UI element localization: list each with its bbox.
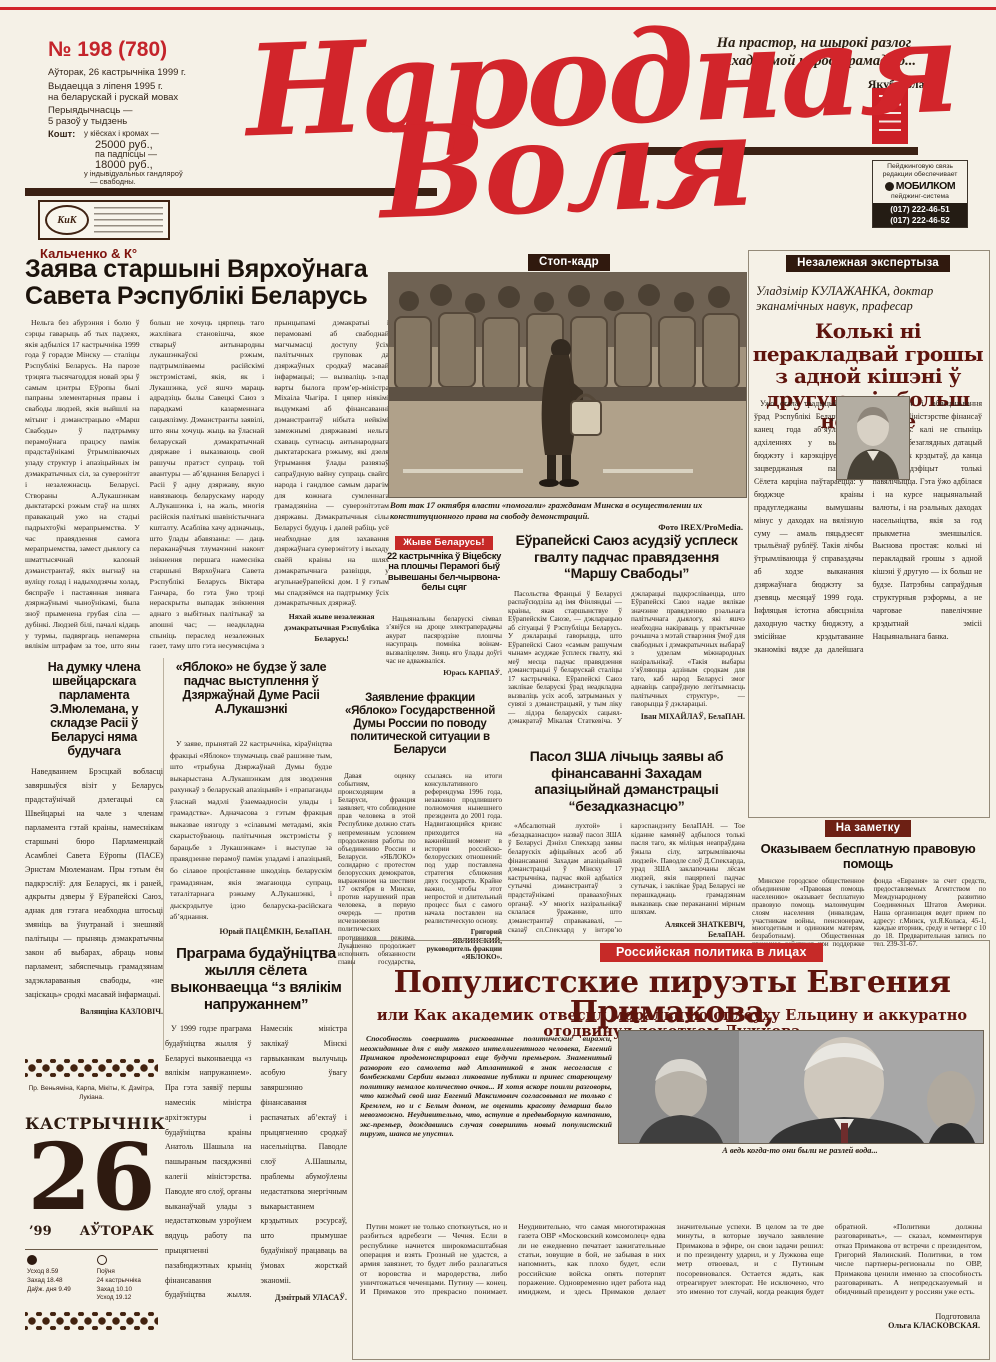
ornament-band-bottom (25, 1311, 158, 1331)
sun-icon (27, 1255, 37, 1265)
sunrise: Усход 8.59 (27, 1268, 87, 1277)
pager-ad-phone-1: (017) 222-46-51 (873, 204, 967, 215)
newspaper-front-page: № 198 (780) Аўторак, 26 кастрычніка 1999… (0, 0, 996, 1362)
housing-body: У 1999 годзе праграма будаўніцтва жылля … (165, 1022, 347, 1306)
pager-ad-line-2: редакции обеспечивает (873, 171, 967, 179)
housing-text: У 1999 годзе праграма будаўніцтва жылля … (165, 1024, 347, 1299)
eu-text: Пасольства Францыі ў Беларусі распаўсюдз… (508, 590, 745, 725)
usa-text: «Абсалютнай лухтой» і «безадказнасцю» на… (508, 822, 745, 934)
statement-text: Нельга без абурэння і болю ў сэрцы гавар… (25, 318, 389, 650)
muleman-title: На думку члена швейцарскага парламента Э… (25, 660, 163, 758)
legal-label: На заметку (825, 820, 911, 837)
yabloko-hall-text: У заяве, прынятай 22 кастрычніка, кіраўн… (170, 739, 332, 921)
logo-fine-print (94, 207, 163, 233)
yabloko-hall-byline: Юрый ПАЦЁМКІН, БелаПАН. (170, 926, 332, 938)
calendar: Пр. Веньяміна, Карпа, Мікіты, К. Дзмітра… (25, 1058, 158, 1331)
stopkadr-photo (388, 272, 747, 498)
primakov-body: Путин может не только споткнуться, но и … (360, 1222, 982, 1297)
expert-label: Незалежная экспертыза (786, 255, 950, 272)
zhyve-body: Нацыянальны беларускі сімвал з’явіўся на… (386, 615, 502, 678)
ornament-band-top (25, 1058, 158, 1078)
housing-byline: Дзмітрый УЛАСАЎ. (261, 1291, 348, 1306)
primakov-label-wrap: Российская политика в лицах (600, 943, 823, 962)
stopkadr-label-wrap: Стоп-кадр (528, 252, 610, 271)
masthead-line-2: Воля (378, 112, 752, 223)
usa-byline: Аляксей ЗНАТКЕВІЧ, БелаПАН. (631, 920, 745, 939)
periodicity-line-2: 5 разоў у тыдзень (48, 117, 127, 127)
pager-ad-line-1: Пейджинговую связь (873, 163, 967, 171)
eu-body: Пасольства Францыі ў Беларусі распаўсюдз… (508, 590, 745, 726)
mobilcom-logo-icon (885, 182, 894, 191)
statement-body: Нельга без абурэння і болю ў сэрцы гавар… (25, 318, 389, 654)
moon-date: 24 кастрычніка (97, 1277, 157, 1286)
stopkadr-caption: Вот так 17 октября власти «помогали» гра… (390, 500, 743, 521)
statement-title: Заява старшыні Вярхоўнага Савета Рэспубл… (25, 256, 389, 309)
yeltsin-photo-caption: А ведь когда-то они были не разлей вода.… (618, 1146, 982, 1155)
price-label: Кошт: (48, 130, 75, 140)
price-line-6: — свабодны. (90, 178, 136, 186)
zhyve-label: Жыве Беларусь! (395, 536, 493, 550)
muleman-body: Наведваннем Брэсцкай вобласці завяршыўся… (25, 765, 163, 1018)
primakov-byline: Подготовила Ольга КЛАСКОВСКАЯ. (700, 1312, 980, 1330)
advertiser-logo-box: КиК (38, 200, 170, 240)
zhyve-title: 22 кастрычніка ў Віцебску на плошчы Пера… (386, 551, 502, 592)
eu-byline: Іван МІХАЙЛАЎ, БелаПАН. (631, 712, 745, 721)
moonset: Захад 10.10 (97, 1286, 157, 1295)
zhyve-byline: Юрась КАРПАЎ. (386, 669, 502, 678)
yeltsin-photo (618, 1030, 984, 1144)
periodicity-line-1: Перыядычнасць — (48, 106, 133, 116)
yabloko-statement-body: Давая оценку событиям, происходящим в Бе… (338, 772, 502, 966)
calendar-day: 26 (25, 1135, 158, 1220)
usa-body: «Абсалютнай лухтой» і «безадказнасцю» на… (508, 822, 745, 939)
date-line: Аўторак, 26 кастрычніка 1999 г. (48, 68, 186, 78)
calendar-year: ’99 (29, 1224, 52, 1239)
yabloko-hall-title: «Яблоко» не будзе ў зале падчас выступле… (170, 660, 332, 716)
yabloko-hall-body: У заяве, прынятай 22 кастрычніка, кіраўн… (170, 738, 332, 938)
legal-label-wrap: На заметку (748, 818, 988, 837)
muleman-text: Наведваннем Брэсцкай вобласці завяршыўся… (25, 767, 163, 999)
column-rule (163, 658, 164, 1050)
pager-ad-phone-2: (017) 222-46-52 (873, 215, 967, 226)
usa-title: Пасол ЗША лічыць заявы аб фінансаванні З… (508, 748, 745, 814)
moonrise: Усход 19.12 (97, 1294, 157, 1303)
eu-title: Еўрапейскі Саюз асудзіў усплеск гвалту п… (508, 532, 745, 582)
primakov-label: Российская политика в лицах (600, 943, 823, 962)
muleman-byline: Валянціна КАЗЛОВІЧ. (25, 1005, 163, 1018)
primakov-byline-role: Подготовила (700, 1312, 980, 1321)
legal-title: Оказываем бесплатную правовую помощь (752, 842, 984, 872)
since-line-1: Выдаецца з ліпеня 1995 г. (48, 82, 163, 92)
stopkadr-label: Стоп-кадр (528, 254, 610, 271)
kulazhanka-photo (836, 396, 910, 480)
housing-title: Праграма будаўніцтва жылля сёлета выконв… (165, 945, 347, 1013)
primakov-byline-name: Ольга КЛАСКОВСКАЯ. (700, 1321, 980, 1330)
price-line-1: у кіёсках і кромах — (84, 130, 159, 139)
kalchenko-logo-icon: КиК (45, 205, 89, 235)
pager-ad-type: пейджинг-система (873, 193, 967, 201)
header-rule-left (25, 188, 437, 196)
statement-closing: Няхай жыве незалежная дэмакратычная Рэсп… (274, 612, 389, 644)
moon-phase: Поўня (97, 1268, 157, 1277)
calendar-weekday: АЎТОРАК (80, 1224, 154, 1239)
issue-number: № 198 (780) (48, 38, 167, 62)
pager-ad-brand: МОБИЛКОМ (896, 180, 956, 192)
yabloko-statement-title: Заявление фракции «Яблоко» Государственн… (338, 692, 502, 756)
zhyve-text: Нацыянальны беларускі сімвал з’явіўся на… (386, 615, 502, 665)
expert-author: Уладзімір КУЛАЖАНКА, доктар эканамічных … (756, 284, 982, 314)
legal-body: Минское городское общественное объединен… (752, 878, 986, 949)
calendar-saints: Пр. Веньяміна, Карпа, Мікіты, К. Дзмітра… (25, 1085, 158, 1102)
stopkadr-credit: Фото IREX/ProMedia. (498, 522, 743, 532)
moon-icon (97, 1255, 107, 1265)
since-line-2: на беларускай і рускай мовах (48, 93, 178, 103)
primakov-lead: Способность совершать рискованные полити… (360, 1034, 612, 1139)
zhyve-label-wrap: Жыве Беларусь! (386, 532, 502, 550)
expert-label-wrap: Незалежная экспертыза (748, 253, 988, 272)
pager-ad: Пейджинговую связь редакции обеспечивает… (872, 160, 968, 228)
day-length: Даўж. дня 9.49 (27, 1286, 87, 1295)
sunset: Захад 18.48 (27, 1277, 87, 1286)
